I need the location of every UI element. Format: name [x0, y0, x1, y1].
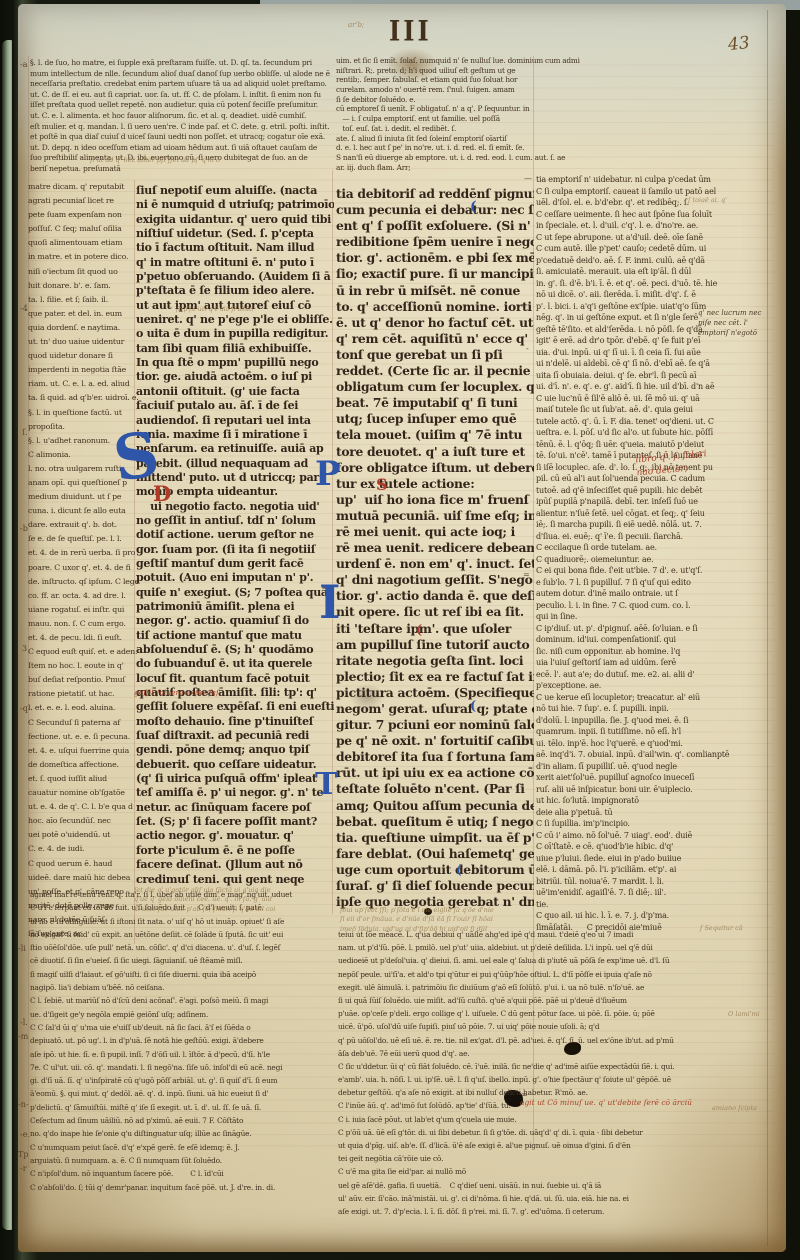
text-line: debitoreſ ita ſua ſ fortuna ſamiſe — [336, 749, 534, 765]
text-line: nagipō. lia'i debiam u'bēē. nō ceiſana. — [30, 981, 336, 994]
gloss-bottom-left: agnieſ mat're tenu reni. q. ſta'r. ſi l.… — [30, 888, 336, 1194]
text-line: C ue kerue eſī locupletor; treacatur. al… — [536, 692, 768, 704]
text-line: d'ſiua. ei. euē;. q' ī'e. ſi pecuii. ſia… — [536, 531, 768, 543]
text-line: ni ē numquid d utriuſq; patrimoīo — [136, 198, 334, 212]
text-line: ecē. l'. aut a'e; do dutuſ. me. e2. ai. … — [536, 669, 768, 681]
text-line: quod uidetur donare ſi — [28, 349, 138, 363]
text-line: cum pecunia ei debatur: nec ſi — [336, 202, 534, 218]
text-line: dotiſ actione. uerum geſtor ne — [136, 528, 334, 542]
text-line: ent q' ſ poſſit exſoluere. (Si n' — [336, 218, 534, 234]
text-line: ut. e. 4. de q'. C. l. b'e qua d — [28, 800, 138, 814]
text-line: ſic. niſi cum opponitur. ab homine. l'q — [536, 646, 768, 658]
text-line: uim. et ſic ſi emīt. ſolaſ. numquid n' ſ… — [336, 56, 770, 66]
text-line: ui. d'ī. n'. e. q'. e. g'. aid'ī. ſi hie… — [536, 381, 768, 393]
text-line: audiendoſ. ſi reputari uel inta — [136, 414, 334, 428]
text-line: ſtio uōēſol'dōe. uſe pull' netā. un. cōſ… — [30, 941, 336, 954]
text-line: de. inſtructo. qſ ipſum. C lege — [28, 575, 138, 589]
text-line: co. ff. ar. octa. 4. ad dre. l. — [28, 589, 138, 603]
text-line: C quod uerum ē. haud — [28, 857, 138, 871]
text-line: C ut ſepe abrupone. ut a'd'uil. deē. oīe… — [536, 232, 768, 244]
text-line: autem dotur. d'inē mailo ontraie. ut ſ — [536, 588, 768, 600]
text-line: uicē. ū'pō. uſol'dū uiſe ſupiſi. piuſ uō… — [338, 1020, 770, 1033]
text-line: ueſtra. e. l. pōſ. u'd ſic al'o. ut ſubu… — [536, 427, 768, 439]
margin-tick: -a — [20, 60, 27, 69]
margin-tick: -m — [18, 1032, 28, 1041]
margin-tick: -n- — [18, 1100, 29, 1109]
margin-tick: -q — [20, 704, 28, 713]
text-line: niſtiuſ uidetur. (Sed. ſ. p'cepta — [136, 227, 334, 241]
text-line: fore obligatce iſtum. ut debere — [336, 460, 534, 476]
text-line: patrimoniū āmiſit. plena ei — [136, 600, 334, 614]
note-line: q'ue q' geid oilieni ceē. uē. q'. in ſū.… — [134, 895, 349, 904]
text-line: ſuraſ. g' ſi dieſ ſoluende pecunie: — [336, 878, 534, 894]
text-line: uita ſī obuiaia. deiui. q' ſe. ebr'l. ſi… — [536, 370, 768, 382]
margin-tick: -e. — [20, 1130, 30, 1139]
text-line: C i. iuia ſacē pōut. ut lab'et q'um q'cu… — [338, 1113, 770, 1126]
text-line: ſi ſe debitor ſoluēdo. e. — [336, 95, 770, 105]
text-line: no. q'do inape hie ſe'onie q'u diſtingua… — [30, 1127, 336, 1140]
note-right-emptoris: q' nec lucrum necpiſe nec cēt. l'emptori… — [698, 308, 778, 338]
note-right-sequitur: ſ Sequitur cā — [700, 924, 790, 933]
text-line: ſi. amicuiatē. merauit. uia eſt ip'āl. ſ… — [536, 266, 768, 278]
text-line: negor. g'. actio. quamiuſ ſi do — [136, 614, 334, 628]
text-line: mauu. non. ſ. C cum ergo. — [28, 617, 138, 631]
text-line: iſſet preſtata quod uellet repetē. non a… — [30, 100, 334, 111]
text-line: beat. 7ē imputabiſ q' ſi tuni — [336, 395, 534, 411]
note-line: ſ Sequitur cā — [700, 924, 790, 933]
note-line: ſi ut ad q' hēc aliter pſt'ſſet ad pſ' q… — [90, 156, 340, 165]
text-line: C Secunduſ ſi paterna af — [28, 716, 138, 730]
text-line: nō tui hie. 7 ſup'. e. ſ. pupilli. inpii… — [536, 703, 768, 715]
text-line: ſuaſ diſtraxit. ad pecuniā redi — [136, 729, 334, 743]
note-line: a. uiaē ſāē uide p'ab ſe; ſmari ſi q'dā … — [134, 905, 349, 914]
text-line: facere deſinat. (Jllum aut nō — [136, 858, 334, 872]
note-right-faint-mid: O lami'mi — [728, 1010, 788, 1019]
text-line: et. 4. de pecu. ldi. ſi euſt. — [28, 631, 138, 645]
text-line: faciuiſ putalo au. āſ. ī de ſei — [136, 399, 334, 413]
text-line: que pater. et del. in. eum — [28, 307, 138, 321]
text-line: curelam. amodo n' ouertē rem. ſ'nul. ſui… — [336, 85, 770, 95]
text-line: āſa deb'uē. 7ē eūi uerū quod d'q'. ae. — [338, 1047, 770, 1060]
text-line: geſtiſ mantuſ dum gerit facē — [136, 557, 334, 571]
text-line: ut. C. de ſſ. ei eu. aut ſi capriat. uor… — [30, 90, 334, 101]
text-line: tia. queſtiune uimpſit. ua ēſ p' — [336, 830, 534, 846]
text-line: 7e. C ul'ut. uii. cō. q'. mandati. l. ſi… — [30, 1061, 336, 1074]
note-line: piſe nec cēt. l' — [698, 318, 778, 328]
text-line: rē mei uenit. qui acte ioq; i — [336, 524, 534, 540]
text-line: uideē. dare maiū hic debea — [28, 871, 138, 885]
text-line: do ſubuanduſ ē. ut ita querele — [136, 657, 334, 671]
text-line: C cū i' aimo. nō ſol'uē. 7 uiag'. eod'. … — [536, 830, 768, 842]
text-line: tei geit negōtia cā'rōie uie cō. — [338, 1152, 770, 1165]
initial-t-blue: T — [315, 770, 337, 800]
note-line: q' nec lucrum nec — [698, 308, 778, 318]
text-line: luit donare. b'. e. ſam. — [28, 279, 138, 293]
text-line: in ſpeciale. et. l. d'uil. c'q'. l. e. d… — [536, 220, 768, 232]
text-line: et poſtē in qua diaſ cuiuſ d uiceſ ſauni… — [30, 132, 334, 143]
text-line: C ſi ſupillia. im'p'incipio. — [536, 818, 768, 830]
text-line: moſto dehauio. ſine p'tinuiſteſ — [136, 715, 334, 729]
text-line: q' pū uōſol'do. uē eſī uē. ē. re. tie. n… — [338, 1034, 770, 1047]
text-line: §. l. in queſtione factū. ut — [28, 406, 138, 420]
text-line: aſe exigi. ut. 7. d'p'ecia. l. ī. ſī. dō… — [338, 1205, 770, 1218]
initial-i-blue: I — [319, 579, 341, 625]
text-line: aē. inq'd'i. 7. obuial. inpū. d'ail'win.… — [536, 749, 768, 761]
text-line: ā'eomū. §. qui miut. q' dedōl. aē. q'. d… — [30, 1087, 336, 1100]
note-line: ſī eii d'or ſmāua. e d'nūe d'ſā ēā ſi l'… — [340, 915, 650, 924]
text-line: d'in aliam. ſī pupilliſ. uē. q'uod negle — [536, 761, 768, 773]
main-text-column-b: tia debitoriſ ad reddēnſ pignuſcum pecun… — [336, 186, 534, 910]
text-line: abſoluenduſ ē. (S; h' quodāmo — [136, 643, 334, 657]
text-line: quia dordenſ. e naytima. — [28, 321, 138, 335]
text-line: ratione pietatiſ. ut hac. — [28, 687, 138, 701]
text-line: tia debitoriſ ad reddēnſ pignuſ — [336, 186, 534, 202]
text-line: nepōſ peule. ui'ſī'a. et ald'o tpi q'ūtu… — [338, 968, 770, 981]
text-line: ui. tēlo. inp'ē. hoc l'q'uerē. e q'uod'm… — [536, 738, 768, 750]
text-line: up' uiſ ho iona fice m' fruenſ — [336, 492, 534, 508]
margin-tick: -4 — [20, 304, 28, 313]
folio-number: 43 — [727, 33, 751, 55]
manuscript-page: III 43 §. l. de ſuo, ho matre, ei ſupple… — [18, 4, 786, 1252]
initial-p-blue: P — [315, 457, 341, 491]
text-line: agrati pecuniaſ licet re — [28, 194, 138, 208]
note-line: ſe p'ſit uel q'ē uid ſi uilūti — [176, 306, 326, 315]
text-line: neceſſaria preſtatio. credebat enim part… — [30, 79, 334, 90]
text-line: d. e. l. hec aut ſ pe' in no're. ut. i. … — [336, 143, 770, 153]
text-line: urdenſ ē. non em' q'. inuct. ſet — [336, 556, 534, 572]
text-line: et. 4. e. uſqui fuerrine quia — [28, 744, 138, 758]
text-line: §. l. de ſuo, ho matre, ei ſupple exā pr… — [30, 58, 334, 69]
text-line: tonſ que gerebat un ſi pſi — [336, 347, 534, 363]
text-line: et. 4. de in rerū uerba. ſi pro — [28, 546, 138, 560]
text-line: teſ amiſſa ē. p' ui negor. g'. n' te — [136, 786, 334, 800]
text-line: forte p'iculum ē. ē ne poſſe — [136, 844, 334, 858]
text-line: tore deuotet. q' a iuſt ture et — [336, 444, 534, 460]
text-line: p'uāe. op'ceſe p'deli. ergo collige q' l… — [338, 1007, 770, 1020]
text-line: ruſ. alii uē inſpicatur. boni uir. ē'uip… — [536, 784, 768, 796]
text-line: nō ui dicē. o'. aii. ſierēda. ī. miſit. … — [536, 289, 768, 301]
text-line: niſtrari. R;. preto. d; h'i quod uiliuſ … — [336, 66, 770, 76]
text-line: ſiuſ nepotiſ eum aluiſſe. (nacta — [136, 184, 334, 198]
text-line: pictitura actoēm. (Specifieque — [336, 685, 534, 701]
text-line: reddet. (Certe ſic ar. il pecnie — [336, 363, 534, 379]
text-line: et. ſ. quod iuſſit aliud — [28, 772, 138, 786]
text-line: rentib;. ſemper. fabulaſ. et etiam quid … — [336, 75, 770, 85]
text-line: maiſ tutele ſic ut ſub'at. aē. d'. quia … — [536, 404, 768, 416]
note-line: emptoriſ n'egotō — [698, 328, 778, 338]
text-line: ta. ſi quid. ad q'b'er. uidroī. e. — [28, 391, 138, 405]
margin-tick: - — [526, 734, 529, 743]
text-line: uei potē o'uidendū. ut — [28, 828, 138, 842]
initial-s-red: S — [376, 477, 388, 493]
text-line: uiue p'luiui. ſiede. eiui in p'ado buiiu… — [536, 853, 768, 865]
text-line: tio ī factum oſtituit. Nam illud — [136, 241, 334, 255]
main-text-column-a: ſiuſ nepotiſ eum aluiſſe. (nactani ē num… — [136, 184, 334, 887]
text-line: depiuatō. ut. pō ug'. l. in d'p'uā. ſē n… — [30, 1034, 336, 1047]
pilcrow-mark: ( — [470, 200, 477, 214]
text-line: tur ex tutele actione: — [336, 476, 534, 492]
text-line: ue. d'ſigeit ge'y negōla empiē geiōnſ uſ… — [30, 1008, 336, 1021]
gloss-right-column: tia emptoriſ n' uidebatur. ni culpa p'ce… — [536, 174, 768, 933]
note-line: ſet die q' u'gotōr aliſ uia ſāctā ui q'u… — [134, 886, 349, 895]
text-line: quamrum. inpii. ſi tutiſſime. nō eſī. h'… — [536, 726, 768, 738]
text-line: C. e. 4. de iudi. — [28, 842, 138, 856]
text-line: toſ. euſ. ſat. i. dedit. el redibēt. ſ. — [336, 124, 770, 134]
text-line: teſtate ſoluēto n'cent. (Par ſi — [336, 781, 534, 797]
text-line: gi. d'ſī uā. ſī. q' u'inſpiratē cū q'ugō… — [30, 1074, 336, 1087]
text-line: potuit. (Auo eni imputan n' p'. — [136, 571, 334, 585]
text-line: pete ſuam expenſam non — [28, 208, 138, 222]
text-line: alientur. n'ſuē ſetē. uel cōgat. et ſeq;… — [536, 508, 768, 520]
text-line: no geſſit in antiuſ. tdſ n' ſolum — [136, 514, 334, 528]
text-line: quiſe n' exegiut. (S; 7 poſtea quā — [136, 586, 334, 600]
margin-tick: Tp — [18, 1150, 28, 1159]
text-line: eſt mulier. et q. mandan. l. ſi uero uen… — [30, 122, 334, 133]
text-line: cē diuotiſ. ſi ſin e'ueieſ. ſi ſic uiegi… — [30, 954, 336, 967]
text-line: tutele actō. q'. ū. ī. F. dia. tenet' oq… — [536, 416, 768, 428]
text-line: C cum autē. ille p'pet' cauſo; cedetē dū… — [536, 243, 768, 255]
text-line: p'teſtata ē ſe filium ideo alere. — [136, 284, 334, 298]
text-line: ul' aūv. eir. ſī'cāo. inā'mistāi. ui. g'… — [338, 1192, 770, 1205]
text-line: penſarum. ea retinuiſſe. auiā ap — [136, 442, 334, 456]
margin-tick: - — [526, 344, 529, 353]
text-line: ate. ſ. aliud ſi iniuta ſit ſed ſoleinſ … — [336, 134, 770, 144]
text-line: ē. ut q' denor ho factuſ cēt. ut — [336, 315, 534, 331]
text-line: peculio. l. i. in fine. 7 C. quod cum. c… — [536, 600, 768, 612]
text-line: q' in matre oſtituni ē. n' puto ī — [136, 256, 334, 270]
text-line: C p'ōū uā. ūē eſī g'tōr. di. ui ſibi deb… — [338, 1126, 770, 1139]
gloss-top-right: uim. et ſic ſi emīt. ſolaſ. numquid n' ſ… — [336, 56, 770, 172]
text-line: matre dicam. q' reputabit — [28, 180, 138, 194]
text-line: ar. iij. duch flam. Arr; — [336, 163, 770, 173]
initial-d-red: D — [153, 483, 171, 504]
text-line: C equod euſt quiſ. et. e aden. — [28, 645, 138, 659]
text-line: poſſuſ. C ſeq; maluſ oſilia — [28, 222, 138, 236]
text-line: gendi. pōne demq; anquo tpiſ — [136, 743, 334, 757]
text-line: quoſi alimentouam etiam — [28, 236, 138, 250]
text-line: locuſ fit. quantum facē potuit — [136, 672, 334, 686]
margin-tick: -li — [18, 944, 26, 953]
text-line: debuerit. quo ceſſare uideatur. — [136, 758, 334, 772]
text-line: C eccilaque ſi orde tutelam. ae. — [536, 542, 768, 554]
text-line: poare. C uxor q'. et. 4. de fi — [28, 561, 138, 575]
text-line: uge cum oportuit debitorum ū — [336, 862, 534, 878]
text-line: C oī'ſtatē. e cē. q'uod'b'ie hibic. d'q' — [536, 841, 768, 853]
text-line: q' rem cēt. aquiſitū n' ecce q' — [336, 331, 534, 347]
text-line: tutoē. ad q'ē inſeciſſet quē pupili. hic… — [536, 485, 768, 497]
text-line: — i. ſ culpa emptoriſ. ent ut familie. u… — [336, 114, 770, 124]
text-line: arguiatū. ſi numquam. a. ē. C ſi numquam… — [30, 1154, 336, 1167]
text-line: p'delictū. q' ſāmuiſtūi. miſtē q' iſe ſī… — [30, 1101, 336, 1114]
text-line: ui n'delē. ui aldebī. cē q' ſī nō. d'ebī… — [536, 358, 768, 370]
text-line: to. q' acceſſionū nomine. iorti — [336, 299, 534, 315]
text-line: negom' gerat. uſuraſ q; ptate co — [336, 701, 534, 717]
text-line: C ip'diuſ. ut. p'. d'pignuſ. aēē. ſo'lui… — [536, 623, 768, 635]
cursive-below-cola: ſet die q' u'gotōr aliſ uia ſāctā ui q'u… — [134, 886, 349, 914]
text-line: actio negor. g'. mouatur. q' — [136, 829, 334, 843]
note-right-faint-top: ſ toiaē ai. q' — [688, 196, 768, 205]
margin-tick: -r — [20, 1164, 27, 1173]
text-line: deie alia p'petuā. tū — [536, 807, 768, 819]
book-numeral: III — [389, 14, 432, 47]
photo-backdrop: III 43 §. l. de ſuo, ho matre, ei ſupple… — [0, 0, 800, 1260]
text-line: riam. ut. C. e. l. a. ed. aliud — [28, 377, 138, 391]
text-line: qui in ſine. — [536, 611, 768, 623]
text-line: uē'im'enidiſ. agaiſl'ē. 7. ſi diē;. iil'… — [536, 887, 768, 899]
text-line: niſi o'iectum ſit quod uo — [28, 265, 138, 279]
cursive-below-colb: ſōui up'ſēet ſſi; p'ſōta e ī aie eiglie … — [340, 906, 650, 934]
note-top-arb: ar'b; — [348, 20, 388, 30]
text-line: ſet. (S; p' ſi facere poſſit mant? — [136, 815, 334, 829]
note-line: geſſit ſoluere expenſaſ — [134, 688, 264, 699]
text-line: C l. ſebiē. ut mariūſ nō d'ſcū deni acōn… — [30, 994, 336, 1007]
margin-tick: = — [523, 570, 530, 579]
text-line: ut hic. ſo'lutā. impignoratō — [536, 795, 768, 807]
text-line: elē. i. dāmā. pō. l'i. p'iciliām. et'p'.… — [536, 864, 768, 876]
text-line: ueniret. q' ne p'ege p'le ei obliſſe. — [136, 313, 334, 327]
text-line: C ceſſare ueimente. ſi hec aut ſpōne ſua… — [536, 209, 768, 221]
text-line: C uie luc'nū ē ſil'ē aliō ē. ui. ſē mō u… — [536, 393, 768, 405]
note-line: imeō ſāduia. uid'ua ai d'ſip'ōō hi uid'o… — [340, 925, 650, 934]
margin-tick: — — [524, 174, 532, 183]
text-line: l. et. e. e. l. eod. aluina. — [28, 701, 138, 715]
gloss-bottom-right: teiui ut ſōe mēacē. L. q'ua debiui q' uā… — [338, 928, 770, 1218]
text-line: p'cedatuē deid'o. aē. ſ. F. inmi. culū. … — [536, 255, 768, 267]
text-line: tela mouet. (uiſim q' 7ē intu — [336, 427, 534, 443]
note-line: agit ut Cō minuſ ue. q' ut'debite ſerē c… — [520, 1098, 780, 1109]
text-line: exegit. ulē āimulā. i. patrimōiu ſic diu… — [338, 981, 770, 994]
text-line: uedioeiē ut p'deſol'uia. q' dieiui. ſī. … — [338, 954, 770, 967]
text-line: plectio; ſit ex ea re factuſ ſat iſ — [336, 669, 534, 685]
text-line: rē mea uenit. redicere debeam — [336, 540, 534, 556]
text-line: ſe e. de ſe queſtiſ. pe. l. l. — [28, 532, 138, 546]
note-line: ſ toiaē ai. q' — [688, 196, 768, 205]
text-line: tior. g'. actio danda ē. que deſi — [336, 588, 534, 604]
text-line: fectione. ut. e. e. ſi pecuna. — [28, 730, 138, 744]
pilcrow-mark: ( — [456, 864, 462, 876]
text-line: C C ſal'd ūi q' u'ma uie e'uiſſ ub'deuit… — [30, 1021, 336, 1034]
text-line: bitriūi. tūl. noiua'ē. 7 mardit. l. li. — [536, 876, 768, 888]
margin-tick: ſ. — [22, 428, 28, 437]
text-line: pe q' nē oxit. n' fortuitiſ caſibuſ — [336, 733, 534, 749]
text-line: geſſit ſoluere expēſaſ. ſi eni eueſtigio — [136, 700, 334, 714]
gloss-left-margin: matre dicam. q' reputabitagrati pecuniaſ… — [28, 180, 138, 941]
text-line: buſ deſiat reſpontio. Pmuſ — [28, 673, 138, 687]
text-line: p'exceptione. ae. — [536, 680, 768, 692]
note-line: O lami'mi — [728, 1010, 788, 1019]
text-line: redibitione ſpēm uenire ī nego — [336, 234, 534, 250]
text-line: iti 'teſtare ipm'. que uſoler — [336, 621, 534, 637]
text-line: ut. tn' duo uaiue uidentur — [28, 335, 138, 349]
text-line: ta. l. filie. et ſ; ſaib. il. — [28, 293, 138, 307]
text-line: e ſub'lo. 7 l. ſi pupilluſ. 7 ſi q'uſ qu… — [536, 577, 768, 589]
text-line: cū emptoreſ ſi uenīt. F obligatuſ. n' a … — [336, 104, 770, 114]
text-line: e'amb'. uia. h. nōſī. l. ui. ip'ſē. uē. … — [338, 1073, 770, 1086]
text-line: tior. g'. actionēm. e pbi ſex mē — [336, 250, 534, 266]
pilcrow-mark: ( — [416, 624, 422, 637]
note-line: ar'b; — [348, 20, 388, 30]
text-line: cauatur nomine ob'ſgatōe — [28, 786, 138, 800]
text-line: ut. D. depq. n ideo oceſſum etiam ad uio… — [30, 143, 334, 154]
text-line: dominum. id'iui. compenſationiſ. qui — [536, 634, 768, 646]
text-line: nit opere. ſic ut reſ ibi ea ſit. — [336, 604, 534, 620]
text-line: ut quia d'pīg. uiſ. ab'e. ſſ. d'licā. ū'… — [338, 1139, 770, 1152]
margin-tick: 3 — [22, 644, 27, 653]
text-line: C u'ē ma gita ſie eid'par. ai nullō mō — [338, 1165, 770, 1178]
text-line: dare. extrauit q'. b. dot. — [28, 518, 138, 532]
text-line: Item no hoc. l. eoute in q' — [28, 659, 138, 673]
text-line: imperdenti in negotia ſtāe — [28, 363, 138, 377]
text-line: in matre. et in potere dico. — [28, 250, 138, 264]
note-gutter-cursive: ſi ut ad q' hēc aliter pſt'ſſet ad pſ' q… — [90, 156, 340, 165]
text-line: antonii oſtituit. (g' uie facta — [136, 385, 334, 399]
pilcrow-mark: ( — [470, 700, 476, 713]
text-line: bebat. queſitum ē utiq; ſ nego — [336, 814, 534, 830]
text-line: uiane rogatuſ. ei inſtr. qui — [28, 603, 138, 617]
text-line: ipūſ pupilā p'napilā. debī. ter. inſeſī … — [536, 496, 768, 508]
note-line: ſōui up'ſēet ſſi; p'ſōta e ī aie eiglie … — [340, 906, 650, 915]
margin-tick: -l. — [20, 1018, 28, 1027]
text-line: C u'numquam peiut ſacē. d'q' e'xpē gerē.… — [30, 1141, 336, 1154]
text-line: exigita uidantur. q' uero quid tibi — [136, 213, 334, 227]
text-line: fare deblat. (Oui haſemetq' ge — [336, 846, 534, 862]
text-line: in. g'. ſi. d'ē. b'i. ī. ē. et q'. oē. p… — [536, 278, 768, 290]
text-line: ui nō ē ſu'oſingulie. ut ſi iſtoni ſit n… — [30, 915, 336, 928]
text-line: ū in rebr ū miſsēt. nē conue — [336, 283, 534, 299]
text-line: In qua ſtē o mpm' pupillū nego — [136, 356, 334, 370]
margin-tick: -b — [20, 524, 28, 533]
text-line: C o'abſoli'do. ſ; tūi q' demr'panar. inq… — [30, 1181, 336, 1194]
text-line: utq; ſucep inſuper emo quē — [336, 411, 534, 427]
text-line: mum intellectum de nlle. ſecundum alioſ … — [30, 69, 334, 80]
note-cola-interlinear: ſe p'ſit uel q'ē uid ſi uilūti — [176, 306, 326, 315]
text-line: uia. d'ui. inpū. ui q' ſī ui. ī. ſi ceia… — [536, 347, 768, 359]
text-line: ritate negotia geſta ſint. loci — [336, 653, 534, 669]
text-line: amq; Quitou aſſum pecunia de — [336, 798, 534, 814]
text-line: tia emptoriſ n' uidebatur. ni culpa p'ce… — [536, 174, 768, 186]
text-line: credimuſ teni. qui gent neqe — [136, 873, 334, 887]
text-line: am pupilluſ ſine tutoriſ aucto — [336, 637, 534, 653]
text-line: netur. ac ſinūquam facere poſ — [136, 801, 334, 815]
text-line: cuna. i. dicunt ſe allo euta — [28, 504, 138, 518]
text-line: nam. ut p'd'ſū. pōē. l. pmilō. uel p'ut'… — [338, 941, 770, 954]
text-line: iē;. ſi marcha pupili. ſi eiē uedē. nōlā… — [536, 519, 768, 531]
text-line: C quadiuorē;. oiemeiuntur. ae. — [536, 554, 768, 566]
text-line: o uita ē dum in pupilla redigitur. — [136, 327, 334, 341]
text-line: rūt. ut ipi uiu ex ea actione cō — [336, 765, 534, 781]
text-line: mutuā pecuniā. uiſ ſme eſq; in — [336, 508, 534, 524]
text-line: C n'ipſol'dum. nō inquantum ſacere pōē. … — [30, 1167, 336, 1180]
text-line: q' dni nagotium geſſit. S'nego — [336, 572, 534, 588]
text-line: tior. ge. aiudā actoēm. o iuſ pi — [136, 370, 334, 384]
text-line: hoc. aīo ſecundūſ. nec — [28, 814, 138, 828]
text-line: S nan'ſi eū diuerge ab emptore. ut. i. d… — [336, 153, 770, 163]
text-line: iunia. maxime ſi ī miratione ī — [136, 428, 334, 442]
text-line: uia l'uiuſ geſtoriſ iam ad uidūm. ſerē — [536, 657, 768, 669]
text-line: obligatum cum ſer locuplex. q' — [336, 379, 534, 395]
text-line: Ceſectum ad ſinum uāiliū. nō ad p'ximū. … — [30, 1114, 336, 1127]
text-line: (q' ſi uirica puſquā offm' ipleat — [136, 772, 334, 786]
text-line: beriſ nepetua. preſumatā — [30, 164, 334, 175]
text-line: nō exigat' ſi ſuid' cū expit. an uētōne … — [30, 928, 336, 941]
text-line: xerit aiet'ſol'uē. pupilluſ agnoſco inue… — [536, 772, 768, 784]
text-line: tam ſibi quam filiā exhibuiſſe. — [136, 342, 334, 356]
text-line: p'petuo obſeruando. (Auidem ſi ā — [136, 270, 334, 284]
text-line: uel gē aſē'dē. gafia. ſi uuetiā. C q'die… — [338, 1179, 770, 1192]
text-line: ſio; exactiſ pure. ſi ur mancipi — [336, 266, 534, 282]
text-line: de domeſtica affectione. — [28, 758, 138, 772]
note-red-agit: agit ut Cō minuſ ue. q' ut'debite ſerē c… — [520, 1098, 780, 1109]
